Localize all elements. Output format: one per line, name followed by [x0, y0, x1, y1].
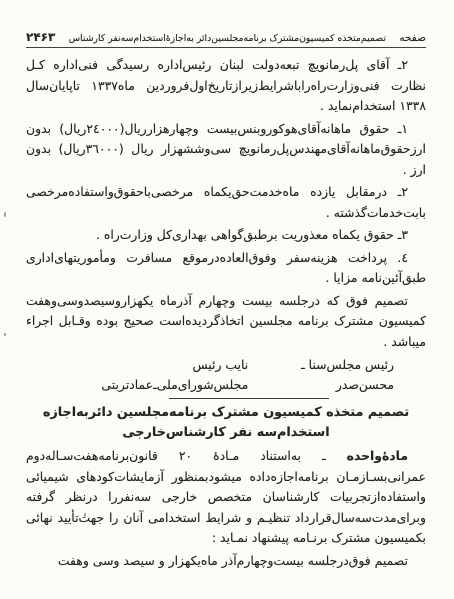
header-page-label: صفحه [399, 32, 426, 44]
signature-majlis-vice-president: نایب رئیس مجلس‌شورای‌ملی‌ـ‌عمادتربتی [54, 355, 248, 395]
scanned-document-page: { "document": { "header": { "page_label"… [0, 0, 454, 599]
decision2-article-paragraph: مادهٔ‌واحده ـ به‌استناد مـادهٔ ۲۰ قانون‌… [26, 446, 426, 549]
scan-speck [4, 212, 6, 217]
section-divider-rule [169, 398, 329, 399]
decision2-ratification-paragraph: تصمیم فوق‌درجلسه بیست‌وچهارم‌آذر ماه‌یکه… [26, 551, 426, 572]
decision2-title-line2: استخدام‌سه نفر کارشناس‌خارجی [26, 423, 426, 443]
article-label: مادهٔ‌واحده [347, 448, 408, 463]
header-page-number: ۲۴۶۳ [26, 30, 55, 44]
signature-row: رئیس مجلس‌سنا ـ محسن‌صدر نایب رئیس مجلس‌… [26, 354, 426, 395]
decision1-item-1: ۱ـ حقوق ماهانه‌آقای‌هوکوروبنس‌بیست وچهار… [26, 119, 426, 181]
signature-senate-president: رئیس مجلس‌سنا ـ محسن‌صدر [248, 355, 394, 395]
decision1-ratification-paragraph: تصمیم فوق که درجلسه بیست وچهارم آذرماه ی… [26, 291, 426, 353]
scan-speck [84, 513, 86, 517]
decision1-intro-paragraph: ۲ـ آقای پل‌رمانویچ تبعه‌دولت لبنان رئیس‌… [26, 55, 426, 117]
scan-speck [4, 333, 6, 336]
document-page: صفحه تصمیم‌متخذه کمیسیون‌مشترک برنامه‌مج… [0, 0, 454, 599]
decision1-item-2: ۲ـ درمقابل یازده ماه‌خدمت‌حق‌یکماه مرخصی… [26, 182, 426, 223]
header-title: تصمیم‌متخذه کمیسیون‌مشترک برنامه‌مجلسین‌… [64, 33, 390, 44]
decision1-item-3: ۳ـ حقوق یکماه معذوریت برطبق‌گواهی بهداری… [26, 225, 426, 246]
decision2-title-line1: تصمیم متخذه کمیسیون مشترک برنامه‌مجلسین … [26, 403, 426, 423]
decision1-item-4: ٤. پرداخت هزینه‌سفر وفوق‌العاده‌درموقع م… [26, 248, 426, 289]
page-header: صفحه تصمیم‌متخذه کمیسیون‌مشترک برنامه‌مج… [26, 30, 426, 44]
header-rule [26, 47, 426, 48]
